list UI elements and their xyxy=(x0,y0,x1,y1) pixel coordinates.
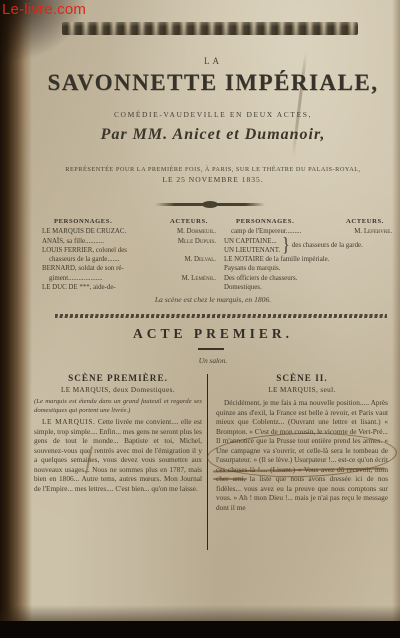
cast-row: Des officiers de chasseurs. xyxy=(224,274,392,283)
scene-1-characters: LE MARQUIS, deux Domestiques. xyxy=(34,386,202,396)
title-subtitle: COMÉDIE-VAUDEVILLE EN DEUX ACTES, xyxy=(34,110,392,119)
performance-note-line1: REPRÉSENTÉE POUR LA PREMIÈRE FOIS, À PAR… xyxy=(34,166,392,173)
cast-headers: PERSONNAGES. ACTEURS. xyxy=(224,217,392,227)
cast-actor: Mlle Dupuis. xyxy=(178,237,216,246)
cast-row: BERNARD, soldat de son ré- xyxy=(42,264,216,273)
act-setting: Un salon. xyxy=(34,356,392,365)
book-gutter-shadow xyxy=(0,0,32,621)
cast-row: LE NOTAIRE de la famille impériale. xyxy=(224,255,392,264)
cast-role: LE MARQUIS DE CRUZAC. xyxy=(42,227,126,236)
cast-row: LE MARQUIS DE CRUZAC. M. Dormeuil. xyxy=(42,227,216,236)
cast-actor: M. Lefebvre. xyxy=(354,227,392,236)
cast-headers: PERSONNAGES. ACTEURS. xyxy=(42,217,216,227)
title-divider-ornament xyxy=(155,203,265,206)
brace-glyph: } xyxy=(282,240,290,252)
ornament-band xyxy=(62,22,358,35)
cast-row: giment.................... M. Leménil. xyxy=(42,274,216,283)
cast-row: chasseurs de la garde....... M. Delval. xyxy=(42,255,216,264)
cast-row: ANAÏS, sa fille........... Mlle Dupuis. xyxy=(42,237,216,246)
personnages-header: PERSONNAGES. xyxy=(236,217,294,226)
cast-row: camp de l'Empereur......... M. Lefebvre. xyxy=(224,227,392,236)
cast-row: LE DUC DE ***, aide-de- xyxy=(42,283,216,292)
acteurs-header: ACTEURS. xyxy=(346,217,384,226)
column-divider xyxy=(207,374,208,550)
cast-role: chasseurs de la garde....... xyxy=(42,255,119,264)
title-byline: Par MM. Anicet et Dumanoir, xyxy=(34,126,392,144)
cast-role: LE NOTAIRE de la famille impériale. xyxy=(224,255,329,264)
text-column-right: SCÈNE II. LE MARQUIS, seul. Décidément, … xyxy=(216,374,388,512)
photo-bottom-edge xyxy=(0,621,400,638)
cast-list-right: PERSONNAGES. ACTEURS. camp de l'Empereur… xyxy=(224,217,392,292)
scene-setting-note: La scène est chez le marquis, en 1806. xyxy=(34,295,392,304)
text-column-left: SCÈNE PREMIÈRE. LE MARQUIS, deux Domesti… xyxy=(34,374,202,493)
cast-role: Paysans du marquis. xyxy=(224,264,280,273)
page-title: SAVONNETTE IMPÉRIALE, xyxy=(34,70,392,96)
cast-list-left: PERSONNAGES. ACTEURS. LE MARQUIS DE CRUZ… xyxy=(42,217,216,292)
cast-actor: M. Leménil. xyxy=(182,274,216,283)
decorative-rule xyxy=(55,314,387,318)
performance-note-line2: LE 25 NOVEMBRE 1835. xyxy=(34,175,392,184)
cast-role: UN CAPITAINE... xyxy=(224,237,280,246)
scene-1-title: SCÈNE PREMIÈRE. xyxy=(34,374,202,384)
scene-1-stage-direction: (Le marquis est étendu dans un grand fau… xyxy=(34,398,202,415)
scene-1-speech: LE MARQUIS. Cette livrée me convient....… xyxy=(34,417,202,493)
page-bottom-shadow xyxy=(0,605,400,621)
cast-role: UN LIEUTENANT. xyxy=(224,246,280,255)
title-article: LA xyxy=(34,56,392,66)
watermark-text: Le-livre.com xyxy=(2,1,86,18)
cast-actor: M. Delval. xyxy=(184,255,216,264)
scene-2-title: SCÈNE II. xyxy=(216,374,388,384)
cast-role: giment.................... xyxy=(42,274,103,283)
scanned-book-page: Le-livre.com LA SAVONNETTE IMPÉRIALE, CO… xyxy=(0,0,400,638)
cast-role: Domestiques. xyxy=(224,283,262,292)
speech-text: Décidément, je me fais à ma nouvelle pos… xyxy=(216,398,388,512)
page-right-edge xyxy=(392,0,400,621)
cast-role: LOUIS FERRIER, colonel des xyxy=(42,246,127,255)
scene-2-speech: Décidément, je me fais à ma nouvelle pos… xyxy=(216,398,388,512)
brace-names: UN CAPITAINE... UN LIEUTENANT. xyxy=(224,237,280,256)
cast-role: LE DUC DE ***, aide-de- xyxy=(42,283,116,292)
cast-row: Paysans du marquis. xyxy=(224,264,392,273)
cast-role: Des officiers de chasseurs. xyxy=(224,274,297,283)
scene-2-characters: LE MARQUIS, seul. xyxy=(216,386,388,396)
personnages-header: PERSONNAGES. xyxy=(54,217,112,226)
brace-label: des chasseurs de la garde. xyxy=(292,241,363,250)
act-title: ACTE PREMIER. xyxy=(34,326,392,342)
acteurs-header: ACTEURS. xyxy=(170,217,208,226)
cast-brace-group: UN CAPITAINE... UN LIEUTENANT. } des cha… xyxy=(224,237,392,256)
speaker-name: LE MARQUIS. xyxy=(42,417,95,426)
cast-row: Domestiques. xyxy=(224,283,392,292)
speech-text: Cette livrée me convient.... elle est si… xyxy=(34,417,202,493)
cast-role: ANAÏS, sa fille........... xyxy=(42,237,104,246)
act-divider xyxy=(198,348,224,350)
cast-row: LOUIS FERRIER, colonel des xyxy=(42,246,216,255)
cast-role: BERNARD, soldat de son ré- xyxy=(42,264,124,273)
cast-actor: M. Dormeuil. xyxy=(177,227,216,236)
